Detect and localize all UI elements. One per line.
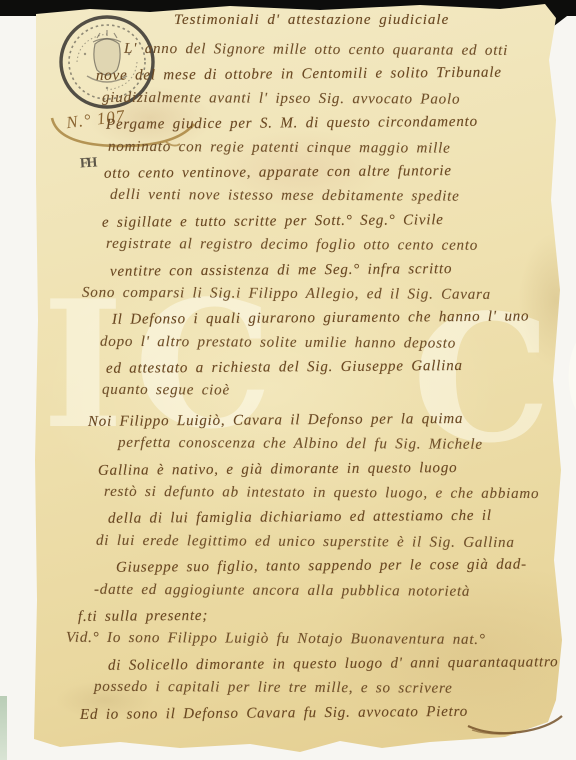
document-title: Testimoniali d' attestazione giudiciale [174, 12, 562, 42]
manuscript-line: ventitre con assistenza di me Seg.° infr… [110, 260, 562, 288]
manuscript-line: Giuseppe suo figlio, tanto sappendo per … [116, 556, 562, 584]
manuscript-line: di Solicello dimorante in questo luogo d… [108, 654, 562, 682]
manuscript-line: Gallina è nativo, e già dimorante in que… [98, 459, 562, 487]
manuscript-line: quanto segue cioè [102, 382, 562, 409]
manuscript-line: nominato con regie patenti cinque maggio… [108, 138, 562, 165]
manuscript-line: registrate al registro decimo foglio ott… [106, 236, 562, 263]
manuscript-line: L' anno del Signore mille otto cento qua… [124, 41, 562, 68]
manuscript-line: Il Defonso i quali giurarono giuramento … [112, 309, 562, 337]
manuscript-line: restò si defunto ab intestato in questo … [104, 484, 562, 511]
manuscript-line: -datte ed aggiogiunte ancora alla pubbli… [94, 581, 562, 608]
manuscript-line: Pergame giudice per S. M. di questo circ… [106, 113, 562, 141]
manuscript-photo: IC CO N.° 107 FH Testimoniali d' attesta… [0, 0, 576, 760]
photo-edge-sliver [0, 696, 7, 760]
manuscript-line: dopo l' altro prestato solite umilie han… [100, 333, 562, 360]
manuscript-line: Sono comparsi li Sig.i Filippo Allegio, … [82, 285, 562, 312]
manuscript-line: delli venti nove istesso mese debitament… [110, 187, 562, 214]
manuscript-line: f.ti sulla presente; [78, 605, 562, 633]
signature-flourish [462, 706, 566, 736]
manuscript-line: ed attestato a richiesta del Sig. Giusep… [106, 357, 562, 385]
manuscript-line: giudizialmente avanti l' ipseo Sig. avvo… [102, 90, 562, 117]
manuscript-line: Vid.° Io sono Filippo Luigiò fu Notajo B… [66, 630, 562, 657]
clerk-paraph: FH [79, 155, 96, 172]
manuscript-line: perfetta conoscenza che Albino del fu Si… [118, 435, 562, 462]
manuscript-line: possedo i capitali per lire tre mille, e… [94, 679, 562, 706]
manuscript-line: otto cento ventinove, apparate con altre… [104, 162, 562, 190]
manuscript-line: Noi Filippo Luigiò, Cavara il Defonso pe… [88, 410, 562, 438]
manuscript-text: Testimoniali d' attestazione giudiciale … [96, 12, 562, 729]
manuscript-line: e sigillate e tutto scritte per Sott.° S… [102, 211, 562, 239]
manuscript-line: della di lui famiglia dichiariamo ed att… [108, 508, 562, 536]
manuscript-line: nove del mese di ottobre in Centomili e … [96, 65, 562, 93]
manuscript-line: di lui erede legittimo ed unico supersti… [96, 533, 562, 560]
